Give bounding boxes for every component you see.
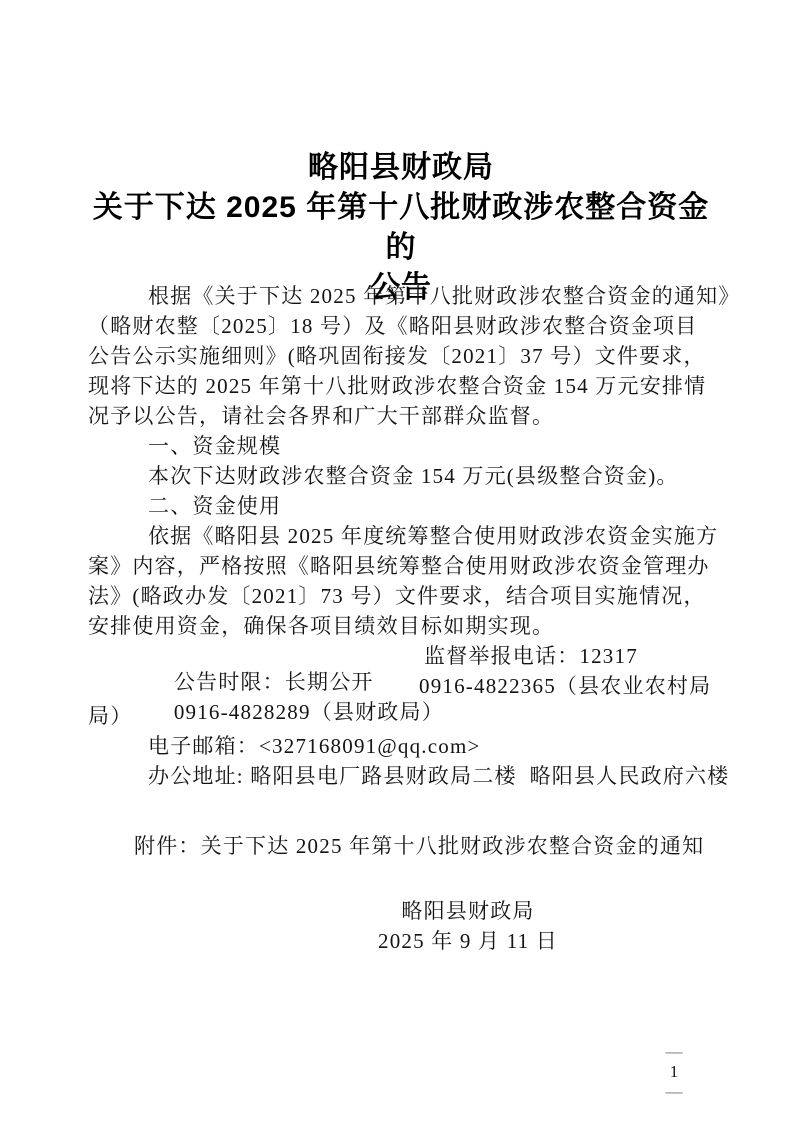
document-page: 略阳县财政局 关于下达 2025 年第十八批财政涉农整合资金的 公告 根据《关于… — [0, 0, 793, 1122]
body-line: （略财农整〔2025〕18 号）及《略阳县财政涉农整合资金项目 — [88, 313, 697, 339]
signature-issuer: 略阳县财政局 — [330, 895, 606, 925]
body-line: 况予以公告，请社会各界和广大干部群众监督。 — [88, 403, 554, 429]
report-hotline: 监督举报电话：12317 — [424, 643, 638, 669]
page-number-dash-right: — — [666, 1082, 684, 1101]
title-line-subject: 关于下达 2025 年第十八批财政涉农整合资金的 — [90, 188, 712, 268]
body-line: 本次下达财政涉农整合资金 154 万元(县级整合资金)。 — [148, 463, 679, 489]
contact-row-phones: 0916-4828289（县财政局） 0916-4822365（县农业农村局 — [148, 673, 710, 777]
signature-date: 2025 年 9 月 11 日 — [330, 925, 606, 955]
section-heading-funds-use: 二、资金使用 — [148, 493, 281, 519]
attachment-reference: 附件：关于下达 2025 年第十八批财政涉农整合资金的通知 — [134, 833, 704, 859]
body-line: 依据《略阳县 2025 年度统筹整合使用财政涉农资金实施方 — [148, 523, 718, 549]
page-number-dash-left: — — [666, 1042, 684, 1061]
body-line: 公告公示实施细则》(略巩固衔接发〔2021〕37 号）文件要求， — [88, 343, 706, 369]
body-line: 现将下达的 2025 年第十八批财政涉农整合资金 154 万元安排情 — [88, 373, 706, 399]
phone-finance-bureau: 0916-4828289（县财政局） — [174, 700, 444, 724]
contact-email: 电子邮箱：<327168091@qq.com> — [148, 733, 481, 759]
phone-agriculture-bureau: 0916-4822365（县农业农村局 — [419, 673, 711, 699]
body-line: 案》内容，严格按照《略阳县统筹整合使用财政涉农资金管理办 — [88, 553, 710, 579]
office-address: 办公地址: 略阳县电厂路县财政局二楼 略阳县人民政府六楼 — [148, 763, 729, 789]
page-number-value: 1 — [663, 1062, 687, 1081]
section-heading-funds-scale: 一、资金规模 — [148, 433, 281, 459]
body-line: 法》(略政办发〔2021〕73 号）文件要求，结合项目实施情况， — [88, 583, 706, 609]
page-number: — 1 — — [622, 1022, 706, 1122]
phone-agriculture-wrap: 局） — [88, 703, 132, 729]
body-line: 安排使用资金，确保各项目绩效目标如期实现。 — [88, 613, 554, 639]
title-line-issuer: 略阳县财政局 — [90, 148, 712, 188]
body-line: 根据《关于下达 2025 年第十八批财政涉农整合资金的通知》 — [148, 283, 741, 309]
